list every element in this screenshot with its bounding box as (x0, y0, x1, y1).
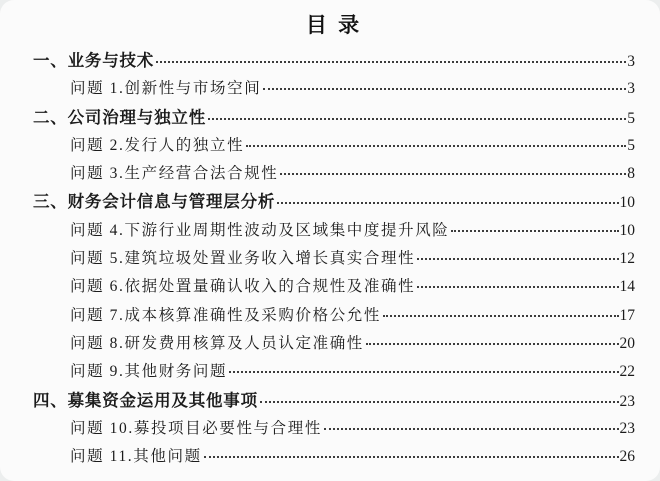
toc-entry-label: 问题 10.募投项目必要性与合理性 (70, 415, 322, 443)
toc-entry: 一、业务与技术 3 (33, 47, 635, 75)
toc-entry-page: 3 (627, 48, 635, 76)
toc-entry: 问题 3.生产经营合法合规性 8 (33, 160, 635, 188)
toc-entry-label: 问题 2.发行人的独立性 (70, 132, 244, 160)
toc-entry-label: 问题 6.依据处置量确认收入的合规性及准确性 (70, 273, 415, 301)
toc-entry-label: 问题 8.研发费用核算及人员认定准确性 (70, 330, 364, 358)
toc-entry-page: 12 (620, 245, 636, 273)
toc-entry-label: 问题 3.生产经营合法合规性 (70, 160, 278, 188)
dot-leader (383, 315, 618, 317)
toc-entry: 问题 1.创新性与市场空间 3 (33, 75, 635, 103)
toc-entry-label: 问题 9.其他财务问题 (70, 358, 227, 386)
dot-leader (156, 61, 626, 63)
toc-entry-label: 问题 5.建筑垃圾处置业务收入增长真实合理性 (70, 245, 415, 273)
table-of-contents: 一、业务与技术 3 问题 1.创新性与市场空间 3 二、公司治理与独立性 5 问… (33, 47, 635, 471)
toc-entry-label: 问题 4.下游行业周期性波动及区域集中度提升风险 (70, 217, 449, 245)
toc-entry: 问题 4.下游行业周期性波动及区域集中度提升风险 10 (33, 217, 635, 245)
toc-entry-page: 17 (620, 302, 636, 330)
toc-entry: 二、公司治理与独立性 5 (33, 104, 635, 132)
toc-entry-page: 8 (627, 160, 635, 188)
toc-entry-page: 22 (620, 358, 636, 386)
dot-leader (260, 401, 619, 403)
dot-leader (246, 145, 626, 147)
toc-entry-page: 23 (620, 388, 636, 416)
toc-entry-page: 10 (620, 217, 636, 245)
toc-entry: 问题 6.依据处置量确认收入的合规性及准确性 14 (33, 273, 635, 301)
toc-entry-page: 14 (620, 273, 636, 301)
toc-title: 目 录 (33, 10, 635, 42)
dot-leader (204, 456, 619, 458)
toc-entry-label: 三、财务会计信息与管理层分析 (33, 188, 275, 216)
toc-entry-label: 问题 7.成本核算准确性及采购价格公允性 (70, 302, 381, 330)
toc-entry: 三、财务会计信息与管理层分析 10 (33, 188, 635, 216)
toc-entry-label: 问题 11.其他问题 (70, 443, 202, 471)
dot-leader (451, 230, 618, 232)
toc-entry: 问题 9.其他财务问题 22 (33, 358, 635, 386)
toc-entry: 问题 11.其他问题 26 (33, 443, 635, 471)
toc-entry: 四、募集资金运用及其他事项 23 (33, 387, 635, 415)
toc-entry-label: 二、公司治理与独立性 (33, 104, 206, 132)
toc-entry: 问题 8.研发费用核算及人员认定准确性 20 (33, 330, 635, 358)
toc-entry-page: 20 (620, 330, 636, 358)
toc-entry-label: 问题 1.创新性与市场空间 (70, 75, 261, 103)
toc-entry: 问题 5.建筑垃圾处置业务收入增长真实合理性 12 (33, 245, 635, 273)
dot-leader (417, 258, 618, 260)
toc-entry-page: 3 (627, 75, 635, 103)
dot-leader (229, 371, 618, 373)
toc-entry-label: 四、募集资金运用及其他事项 (33, 387, 258, 415)
toc-entry-page: 5 (627, 105, 635, 133)
dot-leader (366, 343, 619, 345)
toc-entry: 问题 2.发行人的独立性 5 (33, 132, 635, 160)
dot-leader (280, 173, 626, 175)
toc-entry-page: 26 (620, 443, 636, 471)
dot-leader (208, 118, 626, 120)
document-page: 目 录 一、业务与技术 3 问题 1.创新性与市场空间 3 二、公司治理与独立性… (0, 0, 660, 481)
toc-entry-page: 5 (627, 132, 635, 160)
toc-entry: 问题 10.募投项目必要性与合理性 23 (33, 415, 635, 443)
dot-leader (417, 286, 618, 288)
dot-leader (324, 428, 619, 430)
toc-entry-label: 一、业务与技术 (33, 47, 154, 75)
toc-entry-page: 10 (620, 189, 636, 217)
dot-leader (277, 202, 618, 204)
dot-leader (263, 88, 626, 90)
toc-entry-page: 23 (620, 415, 636, 443)
toc-entry: 问题 7.成本核算准确性及采购价格公允性 17 (33, 302, 635, 330)
